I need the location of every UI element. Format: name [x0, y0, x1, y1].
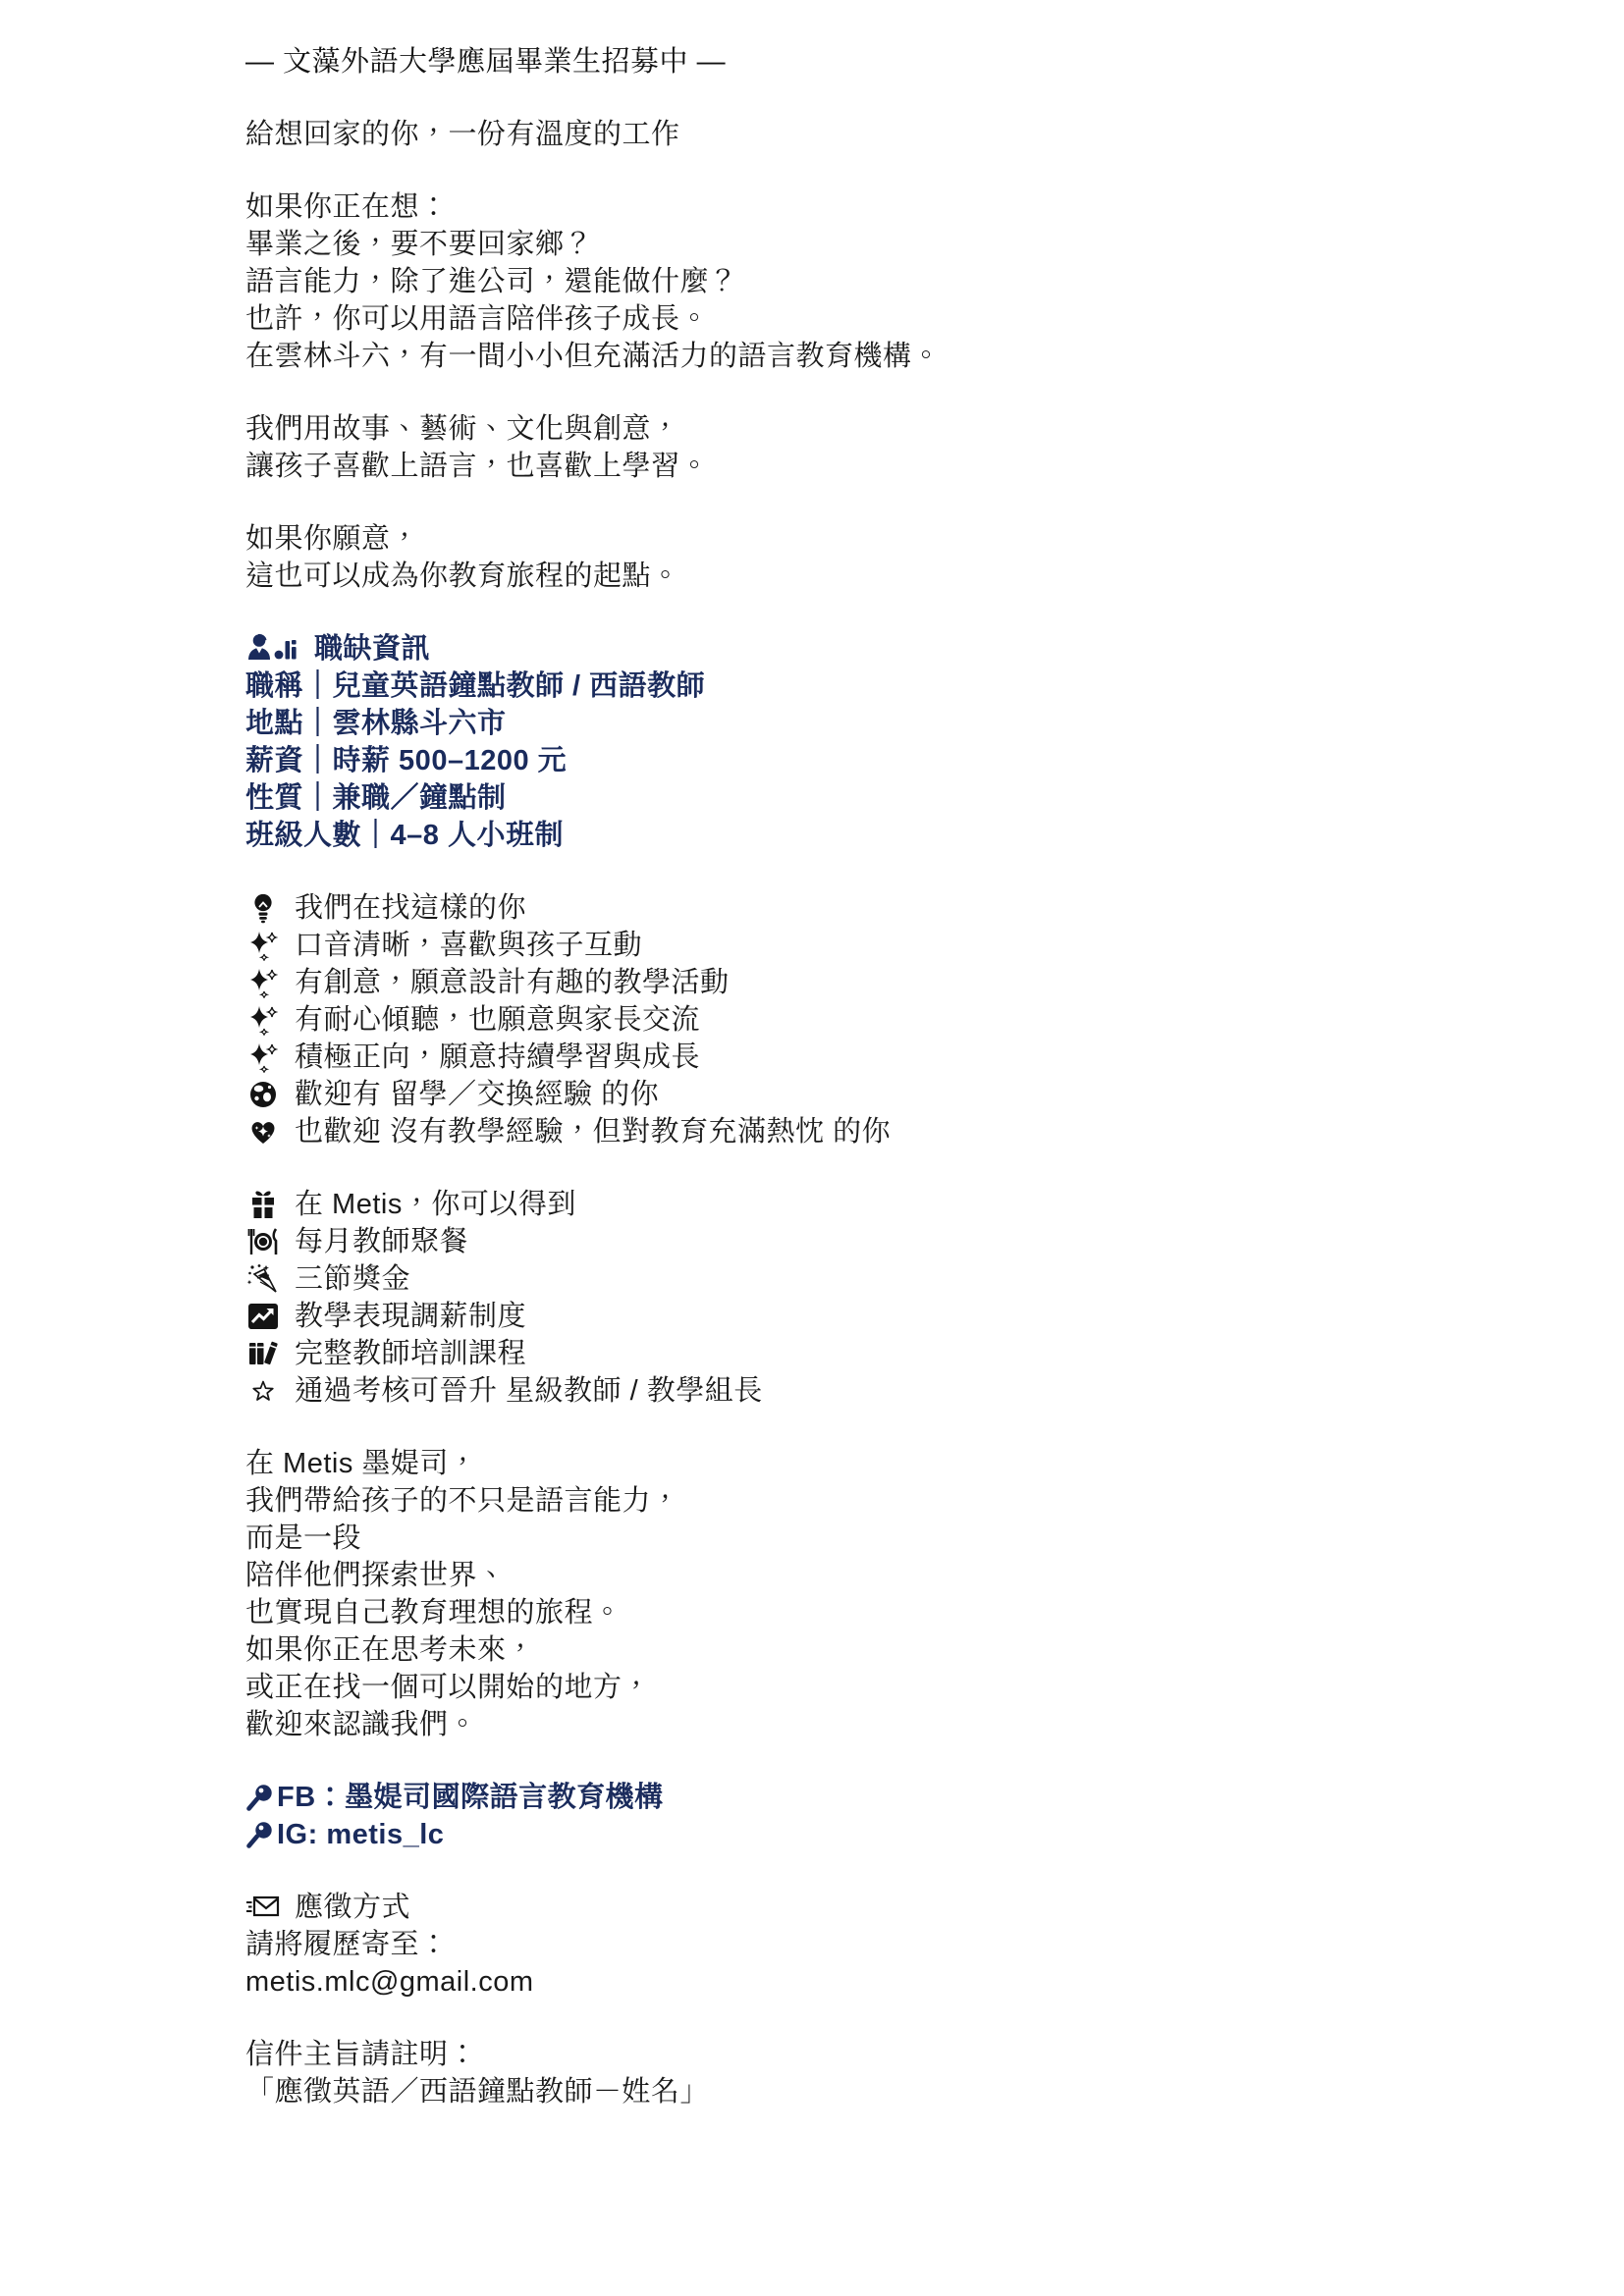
closing-line: 而是一段 [245, 1520, 1473, 1557]
sparkling-heart-icon [245, 1114, 281, 1149]
globe-icon [245, 1077, 281, 1112]
closing-paragraph: 在 Metis 墨媞司， 我們帶給孩子的不只是語言能力， 而是一段 陪伴他們探索… [245, 1445, 1473, 1743]
apply-email: metis.mlc@gmail.com [245, 1963, 1473, 2001]
gift-icon [245, 1187, 281, 1222]
incoming-envelope-icon [245, 1890, 281, 1925]
apply-heading: 應徵方式 [245, 1889, 1473, 1926]
benefit-item: 三節獎金 [245, 1260, 1473, 1298]
plate-cutlery-icon [245, 1224, 281, 1259]
story-line: 讓孩子喜歡上語言，也喜歡上學習。 [245, 448, 1473, 485]
intro-line: 也許，你可以用語言陪伴孩子成長。 [245, 300, 1473, 338]
intro-line: 語言能力，除了進公司，還能做什麼？ [245, 263, 1473, 300]
seeking-item-label: 歡迎有 留學／交換經驗 的你 [295, 1076, 659, 1113]
closing-line: 在 Metis 墨媞司， [245, 1445, 1473, 1482]
books-icon [245, 1336, 281, 1371]
flyer-content: — 文藻外語大學應屆畢業生招募中 — 給想回家的你，一份有溫度的工作 如果你正在… [245, 43, 1473, 2110]
seeking-item: 口音清晰，喜歡與孩子互動 [245, 927, 1473, 964]
closing-line: 或正在找一個可以開始的地方， [245, 1669, 1473, 1706]
seeking-item-label: 口音清晰，喜歡與孩子互動 [295, 927, 642, 964]
star-icon [245, 1373, 281, 1409]
seeking-item-label: 積極正向，願意持續學習與成長 [295, 1039, 700, 1076]
intro-line: 如果你正在想： [245, 188, 1473, 226]
job-title-line: 職稱｜兒童英語鐘點教師 / 西語教師 [245, 667, 1473, 705]
facebook-row: FB：墨媞司國際語言教育機構 [245, 1779, 1473, 1816]
seeking-heading-label: 我們在找這樣的你 [295, 889, 526, 927]
closing-line: 也實現自己教育理想的旅程。 [245, 1594, 1473, 1631]
subtitle-block: 給想回家的你，一份有溫度的工作 [245, 116, 1473, 153]
benefit-item-label: 每月教師聚餐 [295, 1223, 468, 1260]
intro-line: 在雲林斗六，有一間小小但充滿活力的語言教育機構。 [245, 338, 1473, 375]
apply-block: 應徵方式 請將履歷寄至： metis.mlc@gmail.com [245, 1889, 1473, 2001]
benefit-item: 通過考核可晉升 星級教師 / 教學組長 [245, 1372, 1473, 1410]
page-subtitle: 給想回家的你，一份有溫度的工作 [245, 116, 1473, 153]
story-paragraph: 我們用故事、藝術、文化與創意， 讓孩子喜歡上語言，也喜歡上學習。 [245, 410, 1473, 485]
benefits-block: 在 Metis，你可以得到 每月教師聚餐 [245, 1186, 1473, 1410]
benefit-item-label: 三節獎金 [295, 1260, 410, 1298]
benefit-item: 教學表現調薪制度 [245, 1298, 1473, 1335]
benefit-item-label: 通過考核可晉升 星級教師 / 教學組長 [295, 1372, 763, 1410]
invite-line: 如果你願意， [245, 520, 1473, 558]
job-info-heading-label: 職缺資訊 [314, 630, 430, 667]
job-location-line: 地點｜雲林縣斗六市 [245, 705, 1473, 742]
instagram-row: IG: metis_lc [245, 1816, 1473, 1853]
closing-line: 如果你正在思考未來， [245, 1631, 1473, 1669]
subject-block: 信件主旨請註明： 「應徵英語／西語鐘點教師－姓名」 [245, 2036, 1473, 2110]
lightbulb-icon [245, 890, 281, 926]
sparkles-icon [245, 1002, 281, 1038]
closing-line: 陪伴他們探索世界、 [245, 1557, 1473, 1594]
seeking-item: 也歡迎 沒有教學經驗，但對教育充滿熱忱 的你 [245, 1113, 1473, 1150]
chart-increasing-icon [245, 1299, 281, 1334]
seeking-item-label: 也歡迎 沒有教學經驗，但對教育充滿熱忱 的你 [295, 1113, 891, 1150]
intro-line: 畢業之後，要不要回家鄉？ [245, 226, 1473, 263]
teacher-person-bar-chart-icon [245, 632, 300, 666]
seeking-item: 有創意，願意設計有趣的教學活動 [245, 964, 1473, 1001]
apply-heading-label: 應徵方式 [295, 1889, 410, 1926]
benefit-item-label: 教學表現調薪制度 [295, 1298, 526, 1335]
job-info-heading: 職缺資訊 [245, 630, 1473, 667]
seeking-block: 我們在找這樣的你 口音清晰，喜歡與孩子互動 [245, 889, 1473, 1150]
subject-format-line: 「應徵英語／西語鐘點教師－姓名」 [245, 2073, 1473, 2110]
facebook-label: FB：墨媞司國際語言教育機構 [277, 1779, 664, 1816]
header-block: — 文藻外語大學應屆畢業生招募中 — [245, 43, 1473, 80]
invite-paragraph: 如果你願意， 這也可以成為你教育旅程的起點。 [245, 520, 1473, 595]
seeking-item-label: 有耐心傾聽，也願意與家長交流 [295, 1001, 700, 1039]
job-salary-line: 薪資｜時薪 500–1200 元 [245, 742, 1473, 779]
party-popper-icon [245, 1261, 281, 1297]
job-class-size-line: 班級人數｜4–8 人小班制 [245, 817, 1473, 854]
closing-line: 歡迎來認識我們。 [245, 1706, 1473, 1743]
benefit-item: 完整教師培訓課程 [245, 1335, 1473, 1372]
story-line: 我們用故事、藝術、文化與創意， [245, 410, 1473, 448]
job-info-block: 職缺資訊 職稱｜兒童英語鐘點教師 / 西語教師 地點｜雲林縣斗六市 薪資｜時薪 … [245, 630, 1473, 854]
sparkles-icon [245, 928, 281, 963]
instagram-label: IG: metis_lc [277, 1816, 444, 1853]
seeking-item-label: 有創意，願意設計有趣的教學活動 [295, 964, 730, 1001]
apply-instruction-line: 請將履歷寄至： [245, 1926, 1473, 1963]
seeking-heading: 我們在找這樣的你 [245, 889, 1473, 927]
invite-line: 這也可以成為你教育旅程的起點。 [245, 558, 1473, 595]
seeking-item: 歡迎有 留學／交換經驗 的你 [245, 1076, 1473, 1113]
benefits-heading-label: 在 Metis，你可以得到 [295, 1186, 576, 1223]
seeking-item: 積極正向，願意持續學習與成長 [245, 1039, 1473, 1076]
magnifier-icon [245, 1783, 275, 1812]
intro-paragraph: 如果你正在想： 畢業之後，要不要回家鄉？ 語言能力，除了進公司，還能做什麼？ 也… [245, 188, 1473, 375]
flyer-page: — 文藻外語大學應屆畢業生招募中 — 給想回家的你，一份有溫度的工作 如果你正在… [0, 0, 1624, 2296]
sparkles-icon [245, 1040, 281, 1075]
subject-instruction-line: 信件主旨請註明： [245, 2036, 1473, 2073]
seeking-item: 有耐心傾聽，也願意與家長交流 [245, 1001, 1473, 1039]
sparkles-icon [245, 965, 281, 1000]
job-type-line: 性質｜兼職／鐘點制 [245, 779, 1473, 817]
benefit-item: 每月教師聚餐 [245, 1223, 1473, 1260]
benefits-heading: 在 Metis，你可以得到 [245, 1186, 1473, 1223]
benefit-item-label: 完整教師培訓課程 [295, 1335, 526, 1372]
social-block: FB：墨媞司國際語言教育機構 IG: metis_lc [245, 1779, 1473, 1853]
magnifier-icon [245, 1820, 275, 1849]
closing-line: 我們帶給孩子的不只是語言能力， [245, 1482, 1473, 1520]
page-title: — 文藻外語大學應屆畢業生招募中 — [245, 43, 1473, 80]
